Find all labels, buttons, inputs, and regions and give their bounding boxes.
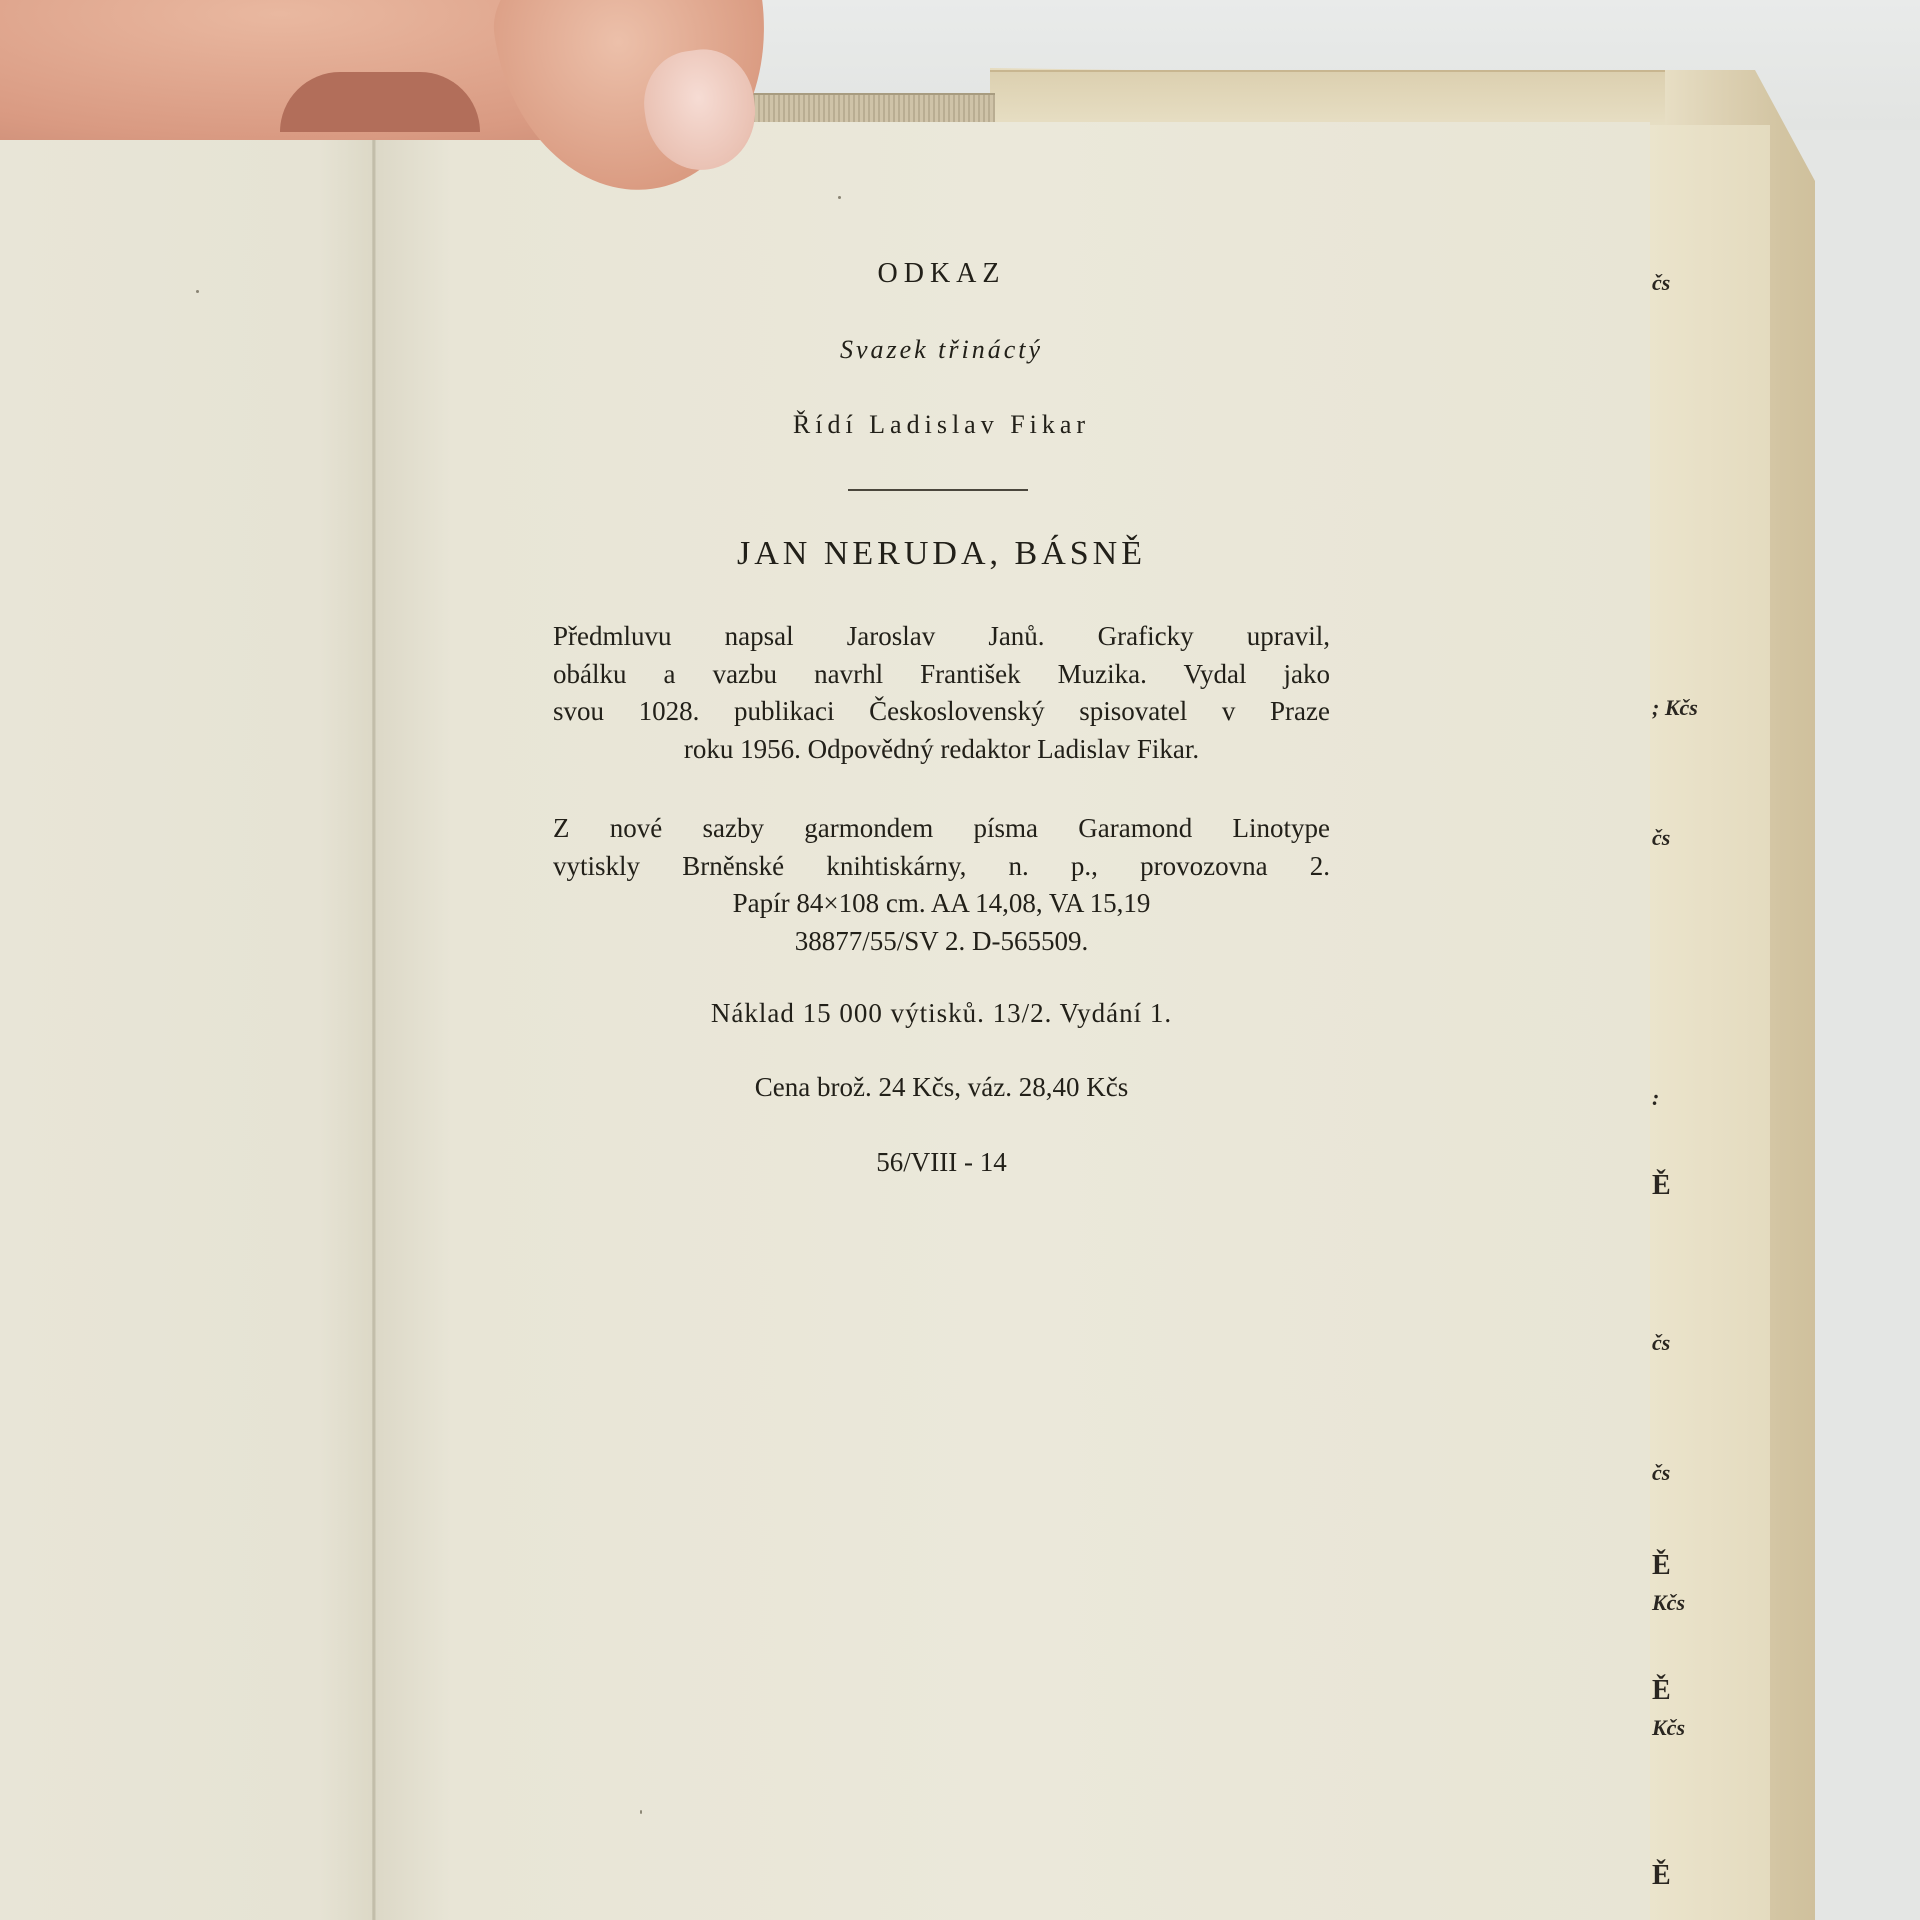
dust-jacket-flap xyxy=(1650,125,1770,1920)
paper-speck xyxy=(640,1810,642,1814)
paper-speck xyxy=(196,290,199,293)
jacket-flap-fragment: čs xyxy=(1652,1460,1670,1486)
credits-paragraph: Předmluvu napsal Jaroslav Janů. Graficky… xyxy=(553,618,1330,768)
credits-line: Předmluvu napsal Jaroslav Janů. Graficky… xyxy=(553,618,1330,656)
jacket-flap-fragment: Kčs xyxy=(1652,1715,1685,1741)
jacket-flap-fragment: Kčs xyxy=(1652,1590,1685,1616)
left-page xyxy=(0,118,375,1920)
paper-speck xyxy=(838,196,841,199)
jacket-flap-fragment: Ě xyxy=(1652,1860,1671,1892)
catalog-code: 56/VIII - 14 xyxy=(553,1147,1330,1178)
credits-line: svou 1028. publikaci Československý spis… xyxy=(553,693,1330,731)
divider-rule xyxy=(848,489,1028,491)
book-title: JAN NERUDA, BÁSNĚ xyxy=(553,535,1330,573)
jacket-flap-fragment: čs xyxy=(1652,825,1670,851)
credits-line: roku 1956. Odpovědný redaktor Ladislav F… xyxy=(553,731,1330,769)
printing-line: 38877/55/SV 2. D-565509. xyxy=(553,923,1330,961)
jacket-flap-fragment: Ě xyxy=(1652,1170,1671,1202)
jacket-flap-fragment: čs xyxy=(1652,1330,1670,1356)
printing-line: Papír 84×108 cm. AA 14,08, VA 15,19 xyxy=(553,885,1330,923)
printing-line: Z nové sazby garmondem písma Garamond Li… xyxy=(553,810,1330,848)
page-gutter xyxy=(372,118,376,1920)
printing-paragraph: Z nové sazby garmondem písma Garamond Li… xyxy=(553,810,1330,960)
jacket-flap-fragment: Ě xyxy=(1652,1675,1671,1707)
jacket-flap-fragment: Ě xyxy=(1652,1550,1671,1582)
printing-line: vytiskly Brněnské knihtiskárny, n. p., p… xyxy=(553,848,1330,886)
credits-line: obálku a vazbu navrhl František Muzika. … xyxy=(553,656,1330,694)
volume-number: Svazek třináctý xyxy=(553,335,1330,365)
jacket-flap-fragment: čs xyxy=(1652,270,1670,296)
price: Cena brož. 24 Kčs, váz. 28,40 Kčs xyxy=(553,1072,1330,1103)
series-name: ODKAZ xyxy=(553,258,1330,290)
jacket-flap-fragment: : xyxy=(1652,1085,1659,1111)
hand-shadow xyxy=(280,72,480,132)
print-run: Náklad 15 000 výtisků. 13/2. Vydání 1. xyxy=(553,998,1330,1029)
jacket-flap-fragment: ; Kčs xyxy=(1652,695,1698,721)
series-editor: Řídí Ladislav Fikar xyxy=(553,410,1330,440)
